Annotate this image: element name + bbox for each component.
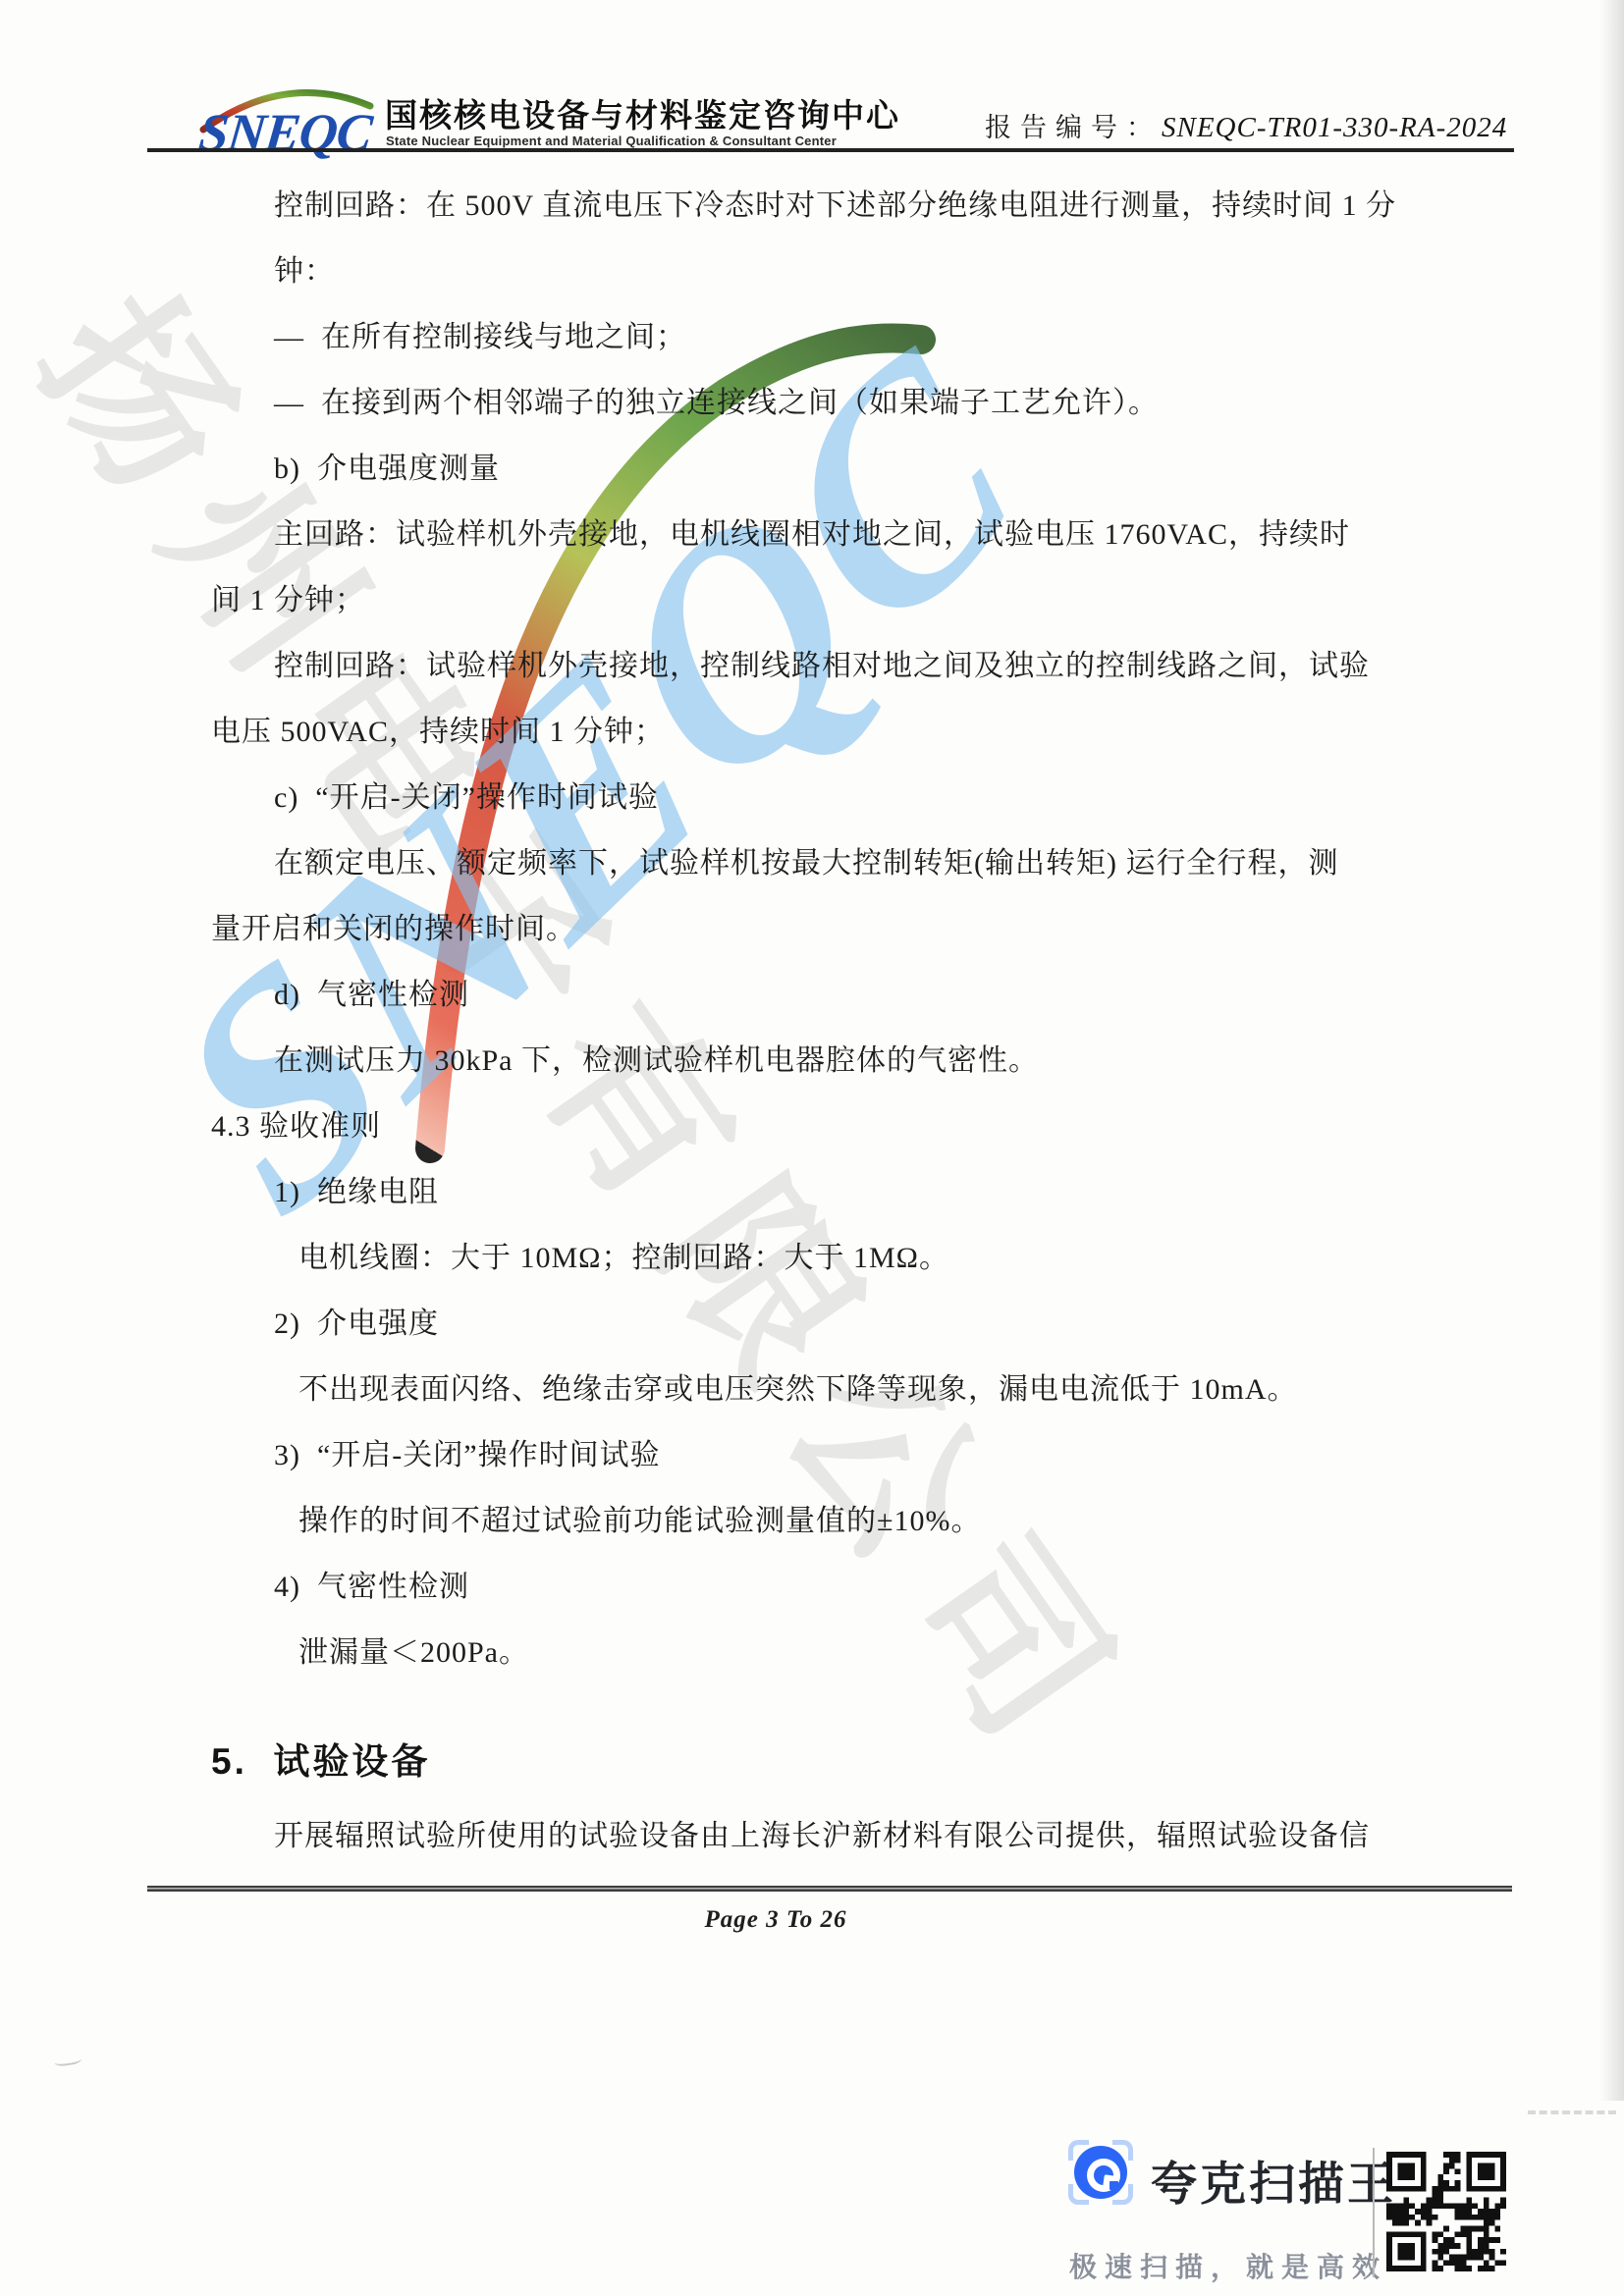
text-line-content: 电压 500VAC，持续时间 1 分钟； xyxy=(211,707,665,750)
text-line: 操作的时间不超过试验前功能试验测量值的±10%。 xyxy=(211,1484,1517,1550)
text-line: 在额定电压、额定频率下，试验样机按最大控制转矩(输出转矩) 运行全行程，测 xyxy=(211,827,1517,892)
text-line-content: 钟： xyxy=(274,246,335,290)
text-line: 电机线圈：大于 10MΩ；控制回路：大于 1MΩ。 xyxy=(211,1221,1517,1287)
text-line: 间 1 分钟； xyxy=(211,563,1517,629)
text-line-content: c) “开启-关闭”操作时间试验 xyxy=(274,773,659,816)
text-line: 控制回路：试验样机外壳接地，控制线路相对地之间及独立的控制线路之间，试验 xyxy=(211,629,1517,695)
scan-edge-shadow xyxy=(1600,0,1624,2101)
scanner-tagline: 极速扫描，就是高效 xyxy=(1069,2246,1387,2285)
text-line-content: 5. 试验设备 xyxy=(211,1732,430,1785)
crop-mark-fragment xyxy=(1528,2110,1616,2114)
scan-artifact xyxy=(53,2052,81,2067)
text-line: 5. 试验设备 xyxy=(211,1717,1517,1799)
text-line: 1) 绝缘电阻 xyxy=(211,1155,1517,1221)
text-line: — 在接到两个相邻端子的独立连接线之间（如果端子工艺允许）。 xyxy=(211,366,1517,432)
sneqc-logo: SNEQC xyxy=(199,94,381,165)
scanner-promo-bar: 夸克扫描王 极速扫描，就是高效 xyxy=(1060,2120,1610,2287)
qr-code xyxy=(1386,2152,1506,2271)
text-line-content: 控制回路：试验样机外壳接地，控制线路相对地之间及独立的控制线路之间，试验 xyxy=(274,641,1370,684)
text-line: 4) 气密性检测 xyxy=(211,1550,1517,1616)
text-line-content: 间 1 分钟； xyxy=(211,575,365,618)
text-line-content: 开展辐照试验所使用的试验设备由上海长沪新材料有限公司提供，辐照试验设备信 xyxy=(274,1811,1370,1854)
text-line-content: — 在所有控制接线与地之间； xyxy=(274,312,686,355)
text-line: c) “开启-关闭”操作时间试验 xyxy=(211,761,1517,827)
text-line: 开展辐照试验所使用的试验设备由上海长沪新材料有限公司提供，辐照试验设备信 xyxy=(211,1799,1517,1865)
org-name-cn: 国核核电设备与材料鉴定咨询中心 xyxy=(385,90,900,136)
text-line-content: 量开启和关闭的操作时间。 xyxy=(211,904,576,947)
text-line-content: — 在接到两个相邻端子的独立连接线之间（如果端子工艺允许）。 xyxy=(274,378,1159,421)
org-name-en: State Nuclear Equipment and Material Qua… xyxy=(386,133,837,148)
text-line-content: b) 介电强度测量 xyxy=(274,444,500,487)
text-line-content: 在测试压力 30kPa 下，检测试验样机电器腔体的气密性。 xyxy=(274,1036,1039,1079)
text-line: 量开启和关闭的操作时间。 xyxy=(211,892,1517,958)
logo-wordmark: SNEQC xyxy=(196,102,375,163)
text-line-content: 4.3 验收准则 xyxy=(211,1101,381,1145)
text-line-content: 不出现表面闪络、绝缘击穿或电压突然下降等现象，漏电电流低于 10mA。 xyxy=(298,1364,1298,1408)
text-line: 2) 介电强度 xyxy=(211,1287,1517,1353)
text-line: 电压 500VAC，持续时间 1 分钟； xyxy=(211,695,1517,761)
report-number-label: 报告编号： xyxy=(985,113,1162,142)
page-header: SNEQC 国核核电设备与材料鉴定咨询中心 State Nuclear Equi… xyxy=(0,0,1624,157)
header-rule xyxy=(147,148,1514,152)
scanned-report-page: 扬州电子有限公司 SNEQC xyxy=(0,0,1624,2296)
report-number-value: SNEQC-TR01-330-RA-2024 xyxy=(1162,112,1507,143)
text-line: 4.3 验收准则 xyxy=(211,1090,1517,1155)
text-line: 不出现表面闪络、绝缘击穿或电压突然下降等现象，漏电电流低于 10mA。 xyxy=(211,1353,1517,1418)
text-line: 3) “开启-关闭”操作时间试验 xyxy=(211,1418,1517,1484)
text-line-content: 电机线圈：大于 10MΩ；控制回路：大于 1MΩ。 xyxy=(298,1233,949,1276)
scanner-divider xyxy=(1373,2148,1375,2277)
text-line-content: 2) 介电强度 xyxy=(274,1299,439,1342)
text-line-content: 3) “开启-关闭”操作时间试验 xyxy=(274,1430,661,1473)
report-number-block: 报告编号：SNEQC-TR01-330-RA-2024 xyxy=(985,106,1507,144)
text-line: d) 气密性检测 xyxy=(211,958,1517,1024)
page-number: Page 3 To 26 xyxy=(0,1906,1551,1934)
text-line-content: 在额定电压、额定频率下，试验样机按最大控制转矩(输出转矩) 运行全行程，测 xyxy=(274,838,1338,881)
text-line-content: 泄漏量＜200Pa。 xyxy=(298,1628,529,1671)
quark-logo-icon xyxy=(1074,2146,1127,2199)
text-line: 主回路：试验样机外壳接地，电机线圈相对地之间，试验电压 1760VAC，持续时 xyxy=(211,498,1517,563)
text-line-content: 控制回路：在 500V 直流电压下冷态时对下述部分绝缘电阻进行测量，持续时间 1… xyxy=(274,181,1396,224)
text-line-content: 1) 绝缘电阻 xyxy=(274,1167,439,1210)
text-line-content: 4) 气密性检测 xyxy=(274,1562,469,1605)
document-body: 控制回路：在 500V 直流电压下冷态时对下述部分绝缘电阻进行测量，持续时间 1… xyxy=(211,169,1517,1865)
text-line-content: 操作的时间不超过试验前功能试验测量值的±10%。 xyxy=(298,1496,981,1539)
text-line: 钟： xyxy=(211,235,1517,300)
footer-rule xyxy=(147,1886,1512,1892)
text-line: b) 介电强度测量 xyxy=(211,432,1517,498)
text-line-content: d) 气密性检测 xyxy=(274,970,469,1013)
text-line: 泄漏量＜200Pa。 xyxy=(211,1616,1517,1682)
text-line: — 在所有控制接线与地之间； xyxy=(211,300,1517,366)
text-line: 控制回路：在 500V 直流电压下冷态时对下述部分绝缘电阻进行测量，持续时间 1… xyxy=(211,169,1517,235)
text-line-content: 主回路：试验样机外壳接地，电机线圈相对地之间，试验电压 1760VAC，持续时 xyxy=(274,509,1350,553)
text-line: 在测试压力 30kPa 下，检测试验样机电器腔体的气密性。 xyxy=(211,1024,1517,1090)
scanner-app-name: 夸克扫描王 xyxy=(1151,2148,1396,2214)
